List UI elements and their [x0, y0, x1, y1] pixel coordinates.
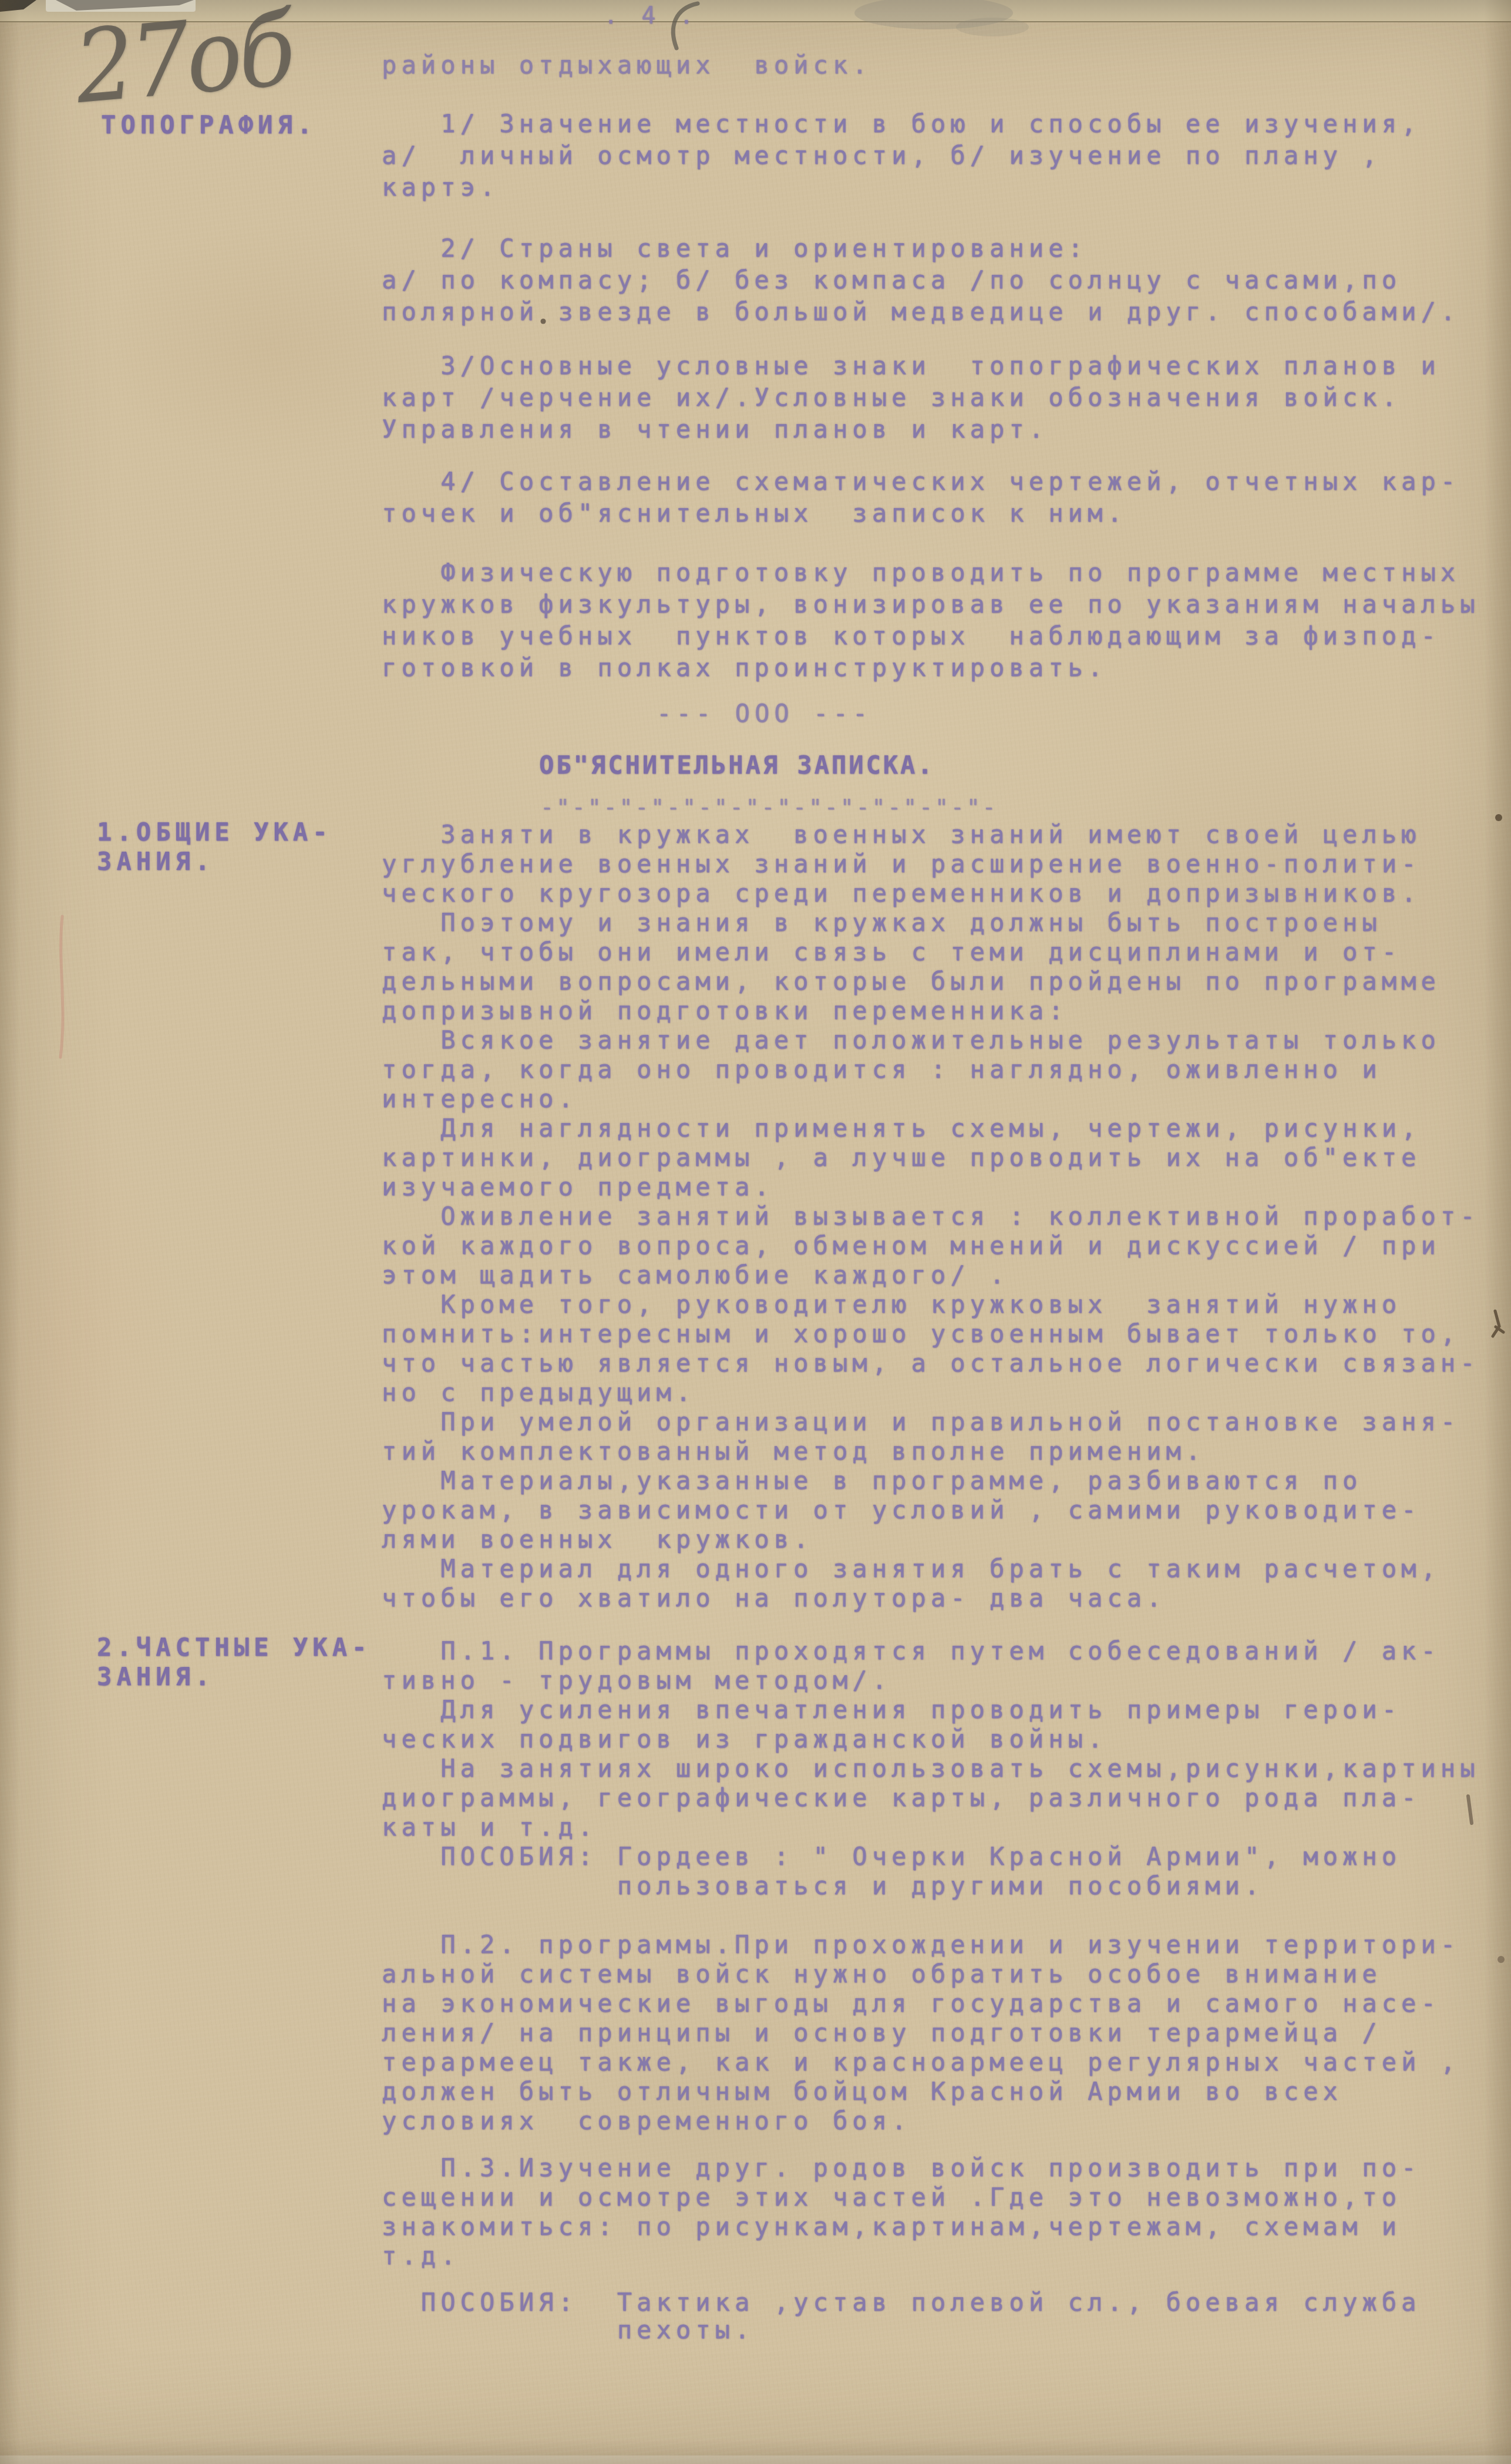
page-number: . 4 .	[604, 1, 698, 31]
edge-tear-mark	[1493, 1311, 1503, 1336]
continuation-line: районы отдыхающих войск.	[382, 51, 872, 80]
specific-paragraph-1: П.1. Программы проходятся путем собеседо…	[382, 1636, 1480, 1842]
red-margin-streak	[60, 916, 63, 1057]
margin-label-specific-guidelines: 2.ЧАСТНЫЕ УКА- ЗАНИЯ.	[97, 1633, 371, 1692]
general-guidelines-text: Заняти в кружках военных знаний имеют св…	[382, 820, 1480, 1613]
topografia-item-4: 4/ Составление схематических чертежей, о…	[382, 466, 1460, 529]
fizpodgotovka-paragraph: Физическую подготовку проводить по прогр…	[382, 557, 1480, 684]
specific-paragraph-2: П.2. программы.При прохождении и изучени…	[382, 1930, 1460, 2136]
topografia-item-3: 3/Основные условные знаки топографически…	[382, 350, 1441, 445]
posobiya-reference-1: ПОСОБИЯ: Гордеев : " Очерки Красной Арми…	[382, 1842, 1401, 1901]
edge-fleck-1	[1495, 814, 1502, 821]
margin-label-topografia: ТОПОГРАФИЯ.	[101, 110, 317, 140]
topografia-item-2: 2/ Страны света и ориентирование: а/ по …	[382, 233, 1460, 328]
explanatory-note-title: ОБ"ЯСНИТЕЛЬНАЯ ЗАПИСКА.	[539, 751, 935, 780]
posobiya-reference-2: ПОСОБИЯ: Тактика ,устав полевой сл., бое…	[382, 2288, 1421, 2344]
edge-fleck-2	[1497, 1956, 1505, 1963]
handwritten-folio-number: 27об	[70, 0, 297, 126]
title-underline: -"-"-"-"-"-"-"-"-"-"-"-"-"-"-	[540, 792, 998, 822]
specific-paragraph-3: П.3.Изучение друг. родов войск производи…	[382, 2153, 1421, 2271]
margin-label-general-guidelines: 1.ОБЩИЕ УКА- ЗАНИЯ.	[97, 818, 332, 876]
topografia-item-1: 1/ Значение местности в бою и способы ее…	[382, 108, 1421, 203]
ooo-separator: --- ООО ---	[657, 699, 872, 728]
scanned-document-page: 27об . 4 . районы отдыхающих войск. ТОПО…	[0, 0, 1511, 2464]
